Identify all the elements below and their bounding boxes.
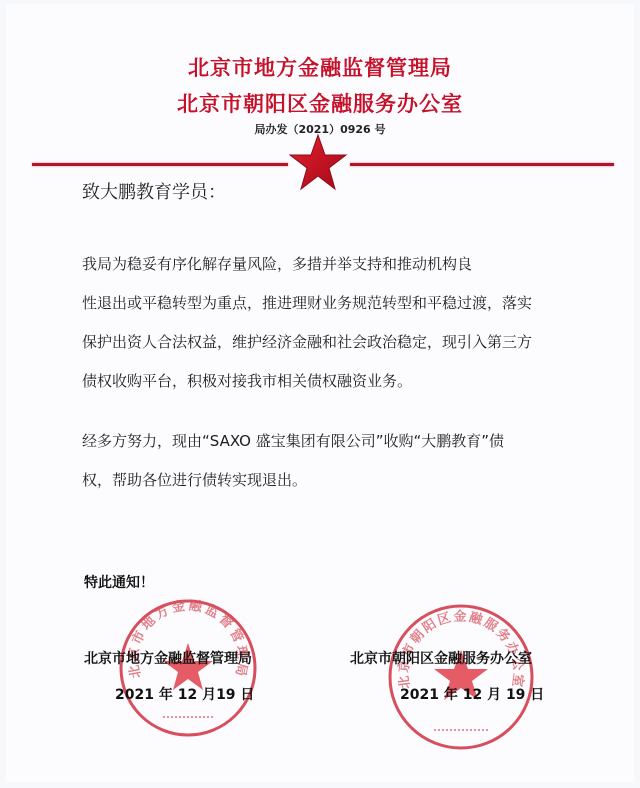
signature-date-left: 2021 年 12 月19 日 [115,684,254,704]
paragraph-2-line: 权，帮助各位进行债转实现退出。 [82,461,572,500]
issuer-title-2: 北京市朝阳区金融服务办公室 [0,88,640,118]
signatory-left: 北京市地方金融监督管理局 [84,648,252,668]
paragraph-1-line: 性退出或平稳转型为重点，推进理财业务规范转型和平稳过渡，落实 [82,284,572,323]
paragraph-2: 经多方努力，现由“SAXO 盛宝集团有限公司”收购“大鹏教育”债 权，帮助各位进… [82,422,572,500]
red-divider-left [32,163,288,166]
salutation: 致大鹏教育学员： [82,178,226,204]
paragraph-2-line: 经多方努力，现由“SAXO 盛宝集团有限公司”收购“大鹏教育”债 [82,422,572,461]
official-seal-right: 北京市朝阳区金融服务办公室 [386,602,536,752]
paragraph-1-line: 我局为稳妥有序化解存量风险，多措并举支持和推动机构良 [82,245,572,284]
closing-notice: 特此通知！ [84,572,154,592]
official-seal-left: 北京市地方金融监督管理局 [117,597,259,739]
red-star-icon [288,133,348,191]
paragraph-1-line: 保护出资人合法权益，维护经济金融和社会政治稳定，现引入第三方 [82,323,572,362]
red-divider-right [350,163,614,166]
signature-date-right: 2021 年 12 月 19 日 [400,684,544,704]
issuer-title-1: 北京市地方金融监督管理局 [0,52,640,82]
signatory-right: 北京市朝阳区金融服务办公室 [350,648,532,668]
paragraph-1: 我局为稳妥有序化解存量风险，多措并举支持和推动机构良 性退出或平稳转型为重点，推… [82,245,572,401]
paragraph-1-line: 债权收购平台，积极对接我市相关债权融资业务。 [82,362,572,401]
